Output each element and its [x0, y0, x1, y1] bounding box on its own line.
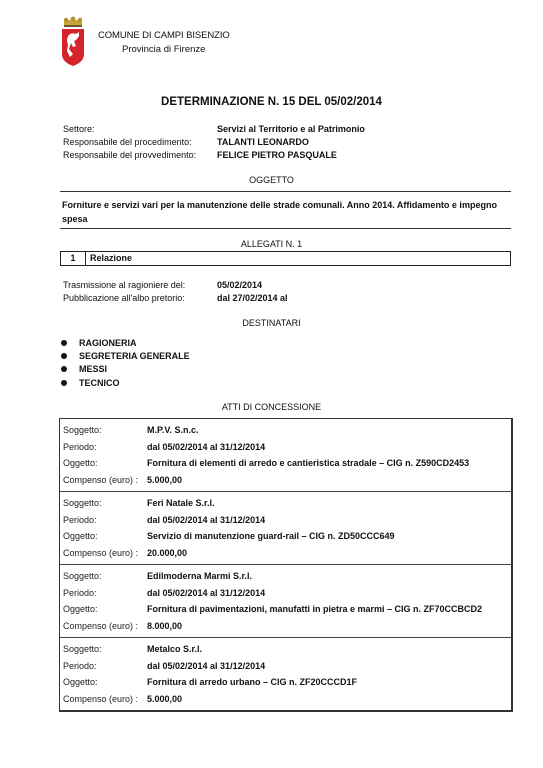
atto-oggetto-row: Oggetto:Fornitura di arredo urbano – CIG… [60, 674, 511, 691]
field-label: Soggetto: [60, 644, 147, 654]
destinatari-heading: DESTINATARI [0, 318, 543, 328]
document-title: DETERMINAZIONE N. 15 DEL 05/02/2014 [0, 96, 543, 108]
divider [60, 191, 511, 192]
field-label: Periodo: [60, 588, 147, 598]
destinatario-item: RAGIONERIA [61, 336, 190, 349]
municipal-crest-icon [59, 16, 87, 68]
atto-compenso: 5.000,00 [147, 694, 182, 704]
atto-entry: Soggetto:Metalco S.r.l. Periodo:dal 05/0… [60, 637, 511, 710]
organization-name: COMUNE DI CAMPI BISENZIO [98, 30, 230, 41]
atto-soggetto-row: Soggetto:Edilmoderna Marmi S.r.l. [60, 568, 511, 585]
atto-compenso: 8.000,00 [147, 621, 182, 631]
atto-periodo: dal 05/02/2014 al 31/12/2014 [147, 588, 265, 598]
field-label: Compenso (euro) : [60, 621, 147, 631]
atto-oggetto: Fornitura di elementi di arredo e cantie… [147, 458, 469, 468]
destinatario-label: TECNICO [79, 378, 120, 388]
atto-soggetto: Feri Natale S.r.l. [147, 498, 215, 508]
meta-label: Responsabile del procedimento: [63, 137, 192, 147]
meta-value: FELICE PIETRO PASQUALE [217, 150, 337, 160]
allegato-row[interactable]: 1 Relazione [60, 251, 511, 266]
atto-soggetto-row: Soggetto:Metalco S.r.l. [60, 641, 511, 658]
field-label: Oggetto: [60, 677, 147, 687]
atto-periodo-row: Periodo:dal 05/02/2014 al 31/12/2014 [60, 658, 511, 675]
atto-periodo-row: Periodo:dal 05/02/2014 al 31/12/2014 [60, 512, 511, 529]
bullet-icon [61, 340, 67, 346]
atti-table: Soggetto:M.P.V. S.n.c. Periodo:dal 05/02… [59, 418, 513, 712]
atto-entry: Soggetto:Edilmoderna Marmi S.r.l. Period… [60, 564, 511, 637]
field-label: Oggetto: [60, 531, 147, 541]
meta-label: Responsabile del provvedimento: [63, 150, 196, 160]
field-label: Soggetto: [60, 571, 147, 581]
atti-heading: ATTI DI CONCESSIONE [0, 402, 543, 412]
destinatario-label: RAGIONERIA [79, 338, 137, 348]
bullet-icon [61, 366, 67, 372]
atto-periodo: dal 05/02/2014 al 31/12/2014 [147, 661, 265, 671]
trasmissione-value: 05/02/2014 [217, 280, 262, 290]
allegato-number: 1 [61, 252, 86, 265]
atto-periodo-row: Periodo:dal 05/02/2014 al 31/12/2014 [60, 585, 511, 602]
atto-soggetto-row: Soggetto:M.P.V. S.n.c. [60, 422, 511, 439]
field-label: Compenso (euro) : [60, 694, 147, 704]
oggetto-heading: OGGETTO [0, 175, 543, 185]
field-label: Soggetto: [60, 498, 147, 508]
atto-oggetto-row: Oggetto:Fornitura di elementi di arredo … [60, 455, 511, 472]
allegato-name[interactable]: Relazione [86, 252, 132, 265]
meta-value: TALANTI LEONARDO [217, 137, 309, 147]
meta-value: Servizi al Territorio e al Patrimonio [217, 124, 365, 134]
atto-compenso-row: Compenso (euro) :5.000,00 [60, 472, 511, 489]
pubblicazione-value: dal 27/02/2014 al [217, 293, 288, 303]
atto-oggetto-row: Oggetto:Fornitura di pavimentazioni, man… [60, 601, 511, 618]
destinatario-label: MESSI [79, 364, 107, 374]
allegati-heading: ALLEGATI N. 1 [0, 239, 543, 249]
pubblicazione-label: Pubblicazione all'albo pretorio: [63, 293, 185, 303]
divider [60, 228, 511, 229]
destinatario-label: SEGRETERIA GENERALE [79, 351, 190, 361]
trasmissione-label: Trasmissione al ragioniere del: [63, 280, 185, 290]
atto-oggetto: Fornitura di arredo urbano – CIG n. ZF20… [147, 677, 357, 687]
atto-compenso-row: Compenso (euro) :20.000,00 [60, 545, 511, 562]
destinatario-item: SEGRETERIA GENERALE [61, 349, 190, 362]
atto-soggetto: Metalco S.r.l. [147, 644, 202, 654]
atto-compenso: 20.000,00 [147, 548, 187, 558]
atto-oggetto-row: Oggetto:Servizio di manutenzione guard-r… [60, 528, 511, 545]
atto-oggetto: Servizio di manutenzione guard-rail – CI… [147, 531, 395, 541]
atto-soggetto: M.P.V. S.n.c. [147, 425, 199, 435]
bullet-icon [61, 380, 67, 386]
field-label: Soggetto: [60, 425, 147, 435]
atto-compenso-row: Compenso (euro) :8.000,00 [60, 618, 511, 635]
atto-compenso-row: Compenso (euro) :5.000,00 [60, 691, 511, 708]
atto-oggetto: Fornitura di pavimentazioni, manufatti i… [147, 604, 482, 614]
destinatario-item: TECNICO [61, 376, 190, 389]
field-label: Compenso (euro) : [60, 475, 147, 485]
field-label: Compenso (euro) : [60, 548, 147, 558]
field-label: Oggetto: [60, 458, 147, 468]
atto-entry: Soggetto:M.P.V. S.n.c. Periodo:dal 05/02… [60, 419, 511, 491]
atto-periodo: dal 05/02/2014 al 31/12/2014 [147, 515, 265, 525]
atto-periodo: dal 05/02/2014 al 31/12/2014 [147, 442, 265, 452]
field-label: Periodo: [60, 515, 147, 525]
destinatario-item: MESSI [61, 363, 190, 376]
oggetto-text: Forniture e servizi vari per la manutenz… [62, 198, 514, 226]
atto-entry: Soggetto:Feri Natale S.r.l. Periodo:dal … [60, 491, 511, 564]
destinatari-list: RAGIONERIA SEGRETERIA GENERALE MESSI TEC… [61, 336, 190, 389]
field-label: Oggetto: [60, 604, 147, 614]
atto-periodo-row: Periodo:dal 05/02/2014 al 31/12/2014 [60, 439, 511, 456]
meta-label: Settore: [63, 124, 95, 134]
atto-soggetto: Edilmoderna Marmi S.r.l. [147, 571, 252, 581]
field-label: Periodo: [60, 442, 147, 452]
atto-soggetto-row: Soggetto:Feri Natale S.r.l. [60, 495, 511, 512]
atto-compenso: 5.000,00 [147, 475, 182, 485]
province-name: Provincia di Firenze [122, 44, 205, 55]
bullet-icon [61, 353, 67, 359]
field-label: Periodo: [60, 661, 147, 671]
